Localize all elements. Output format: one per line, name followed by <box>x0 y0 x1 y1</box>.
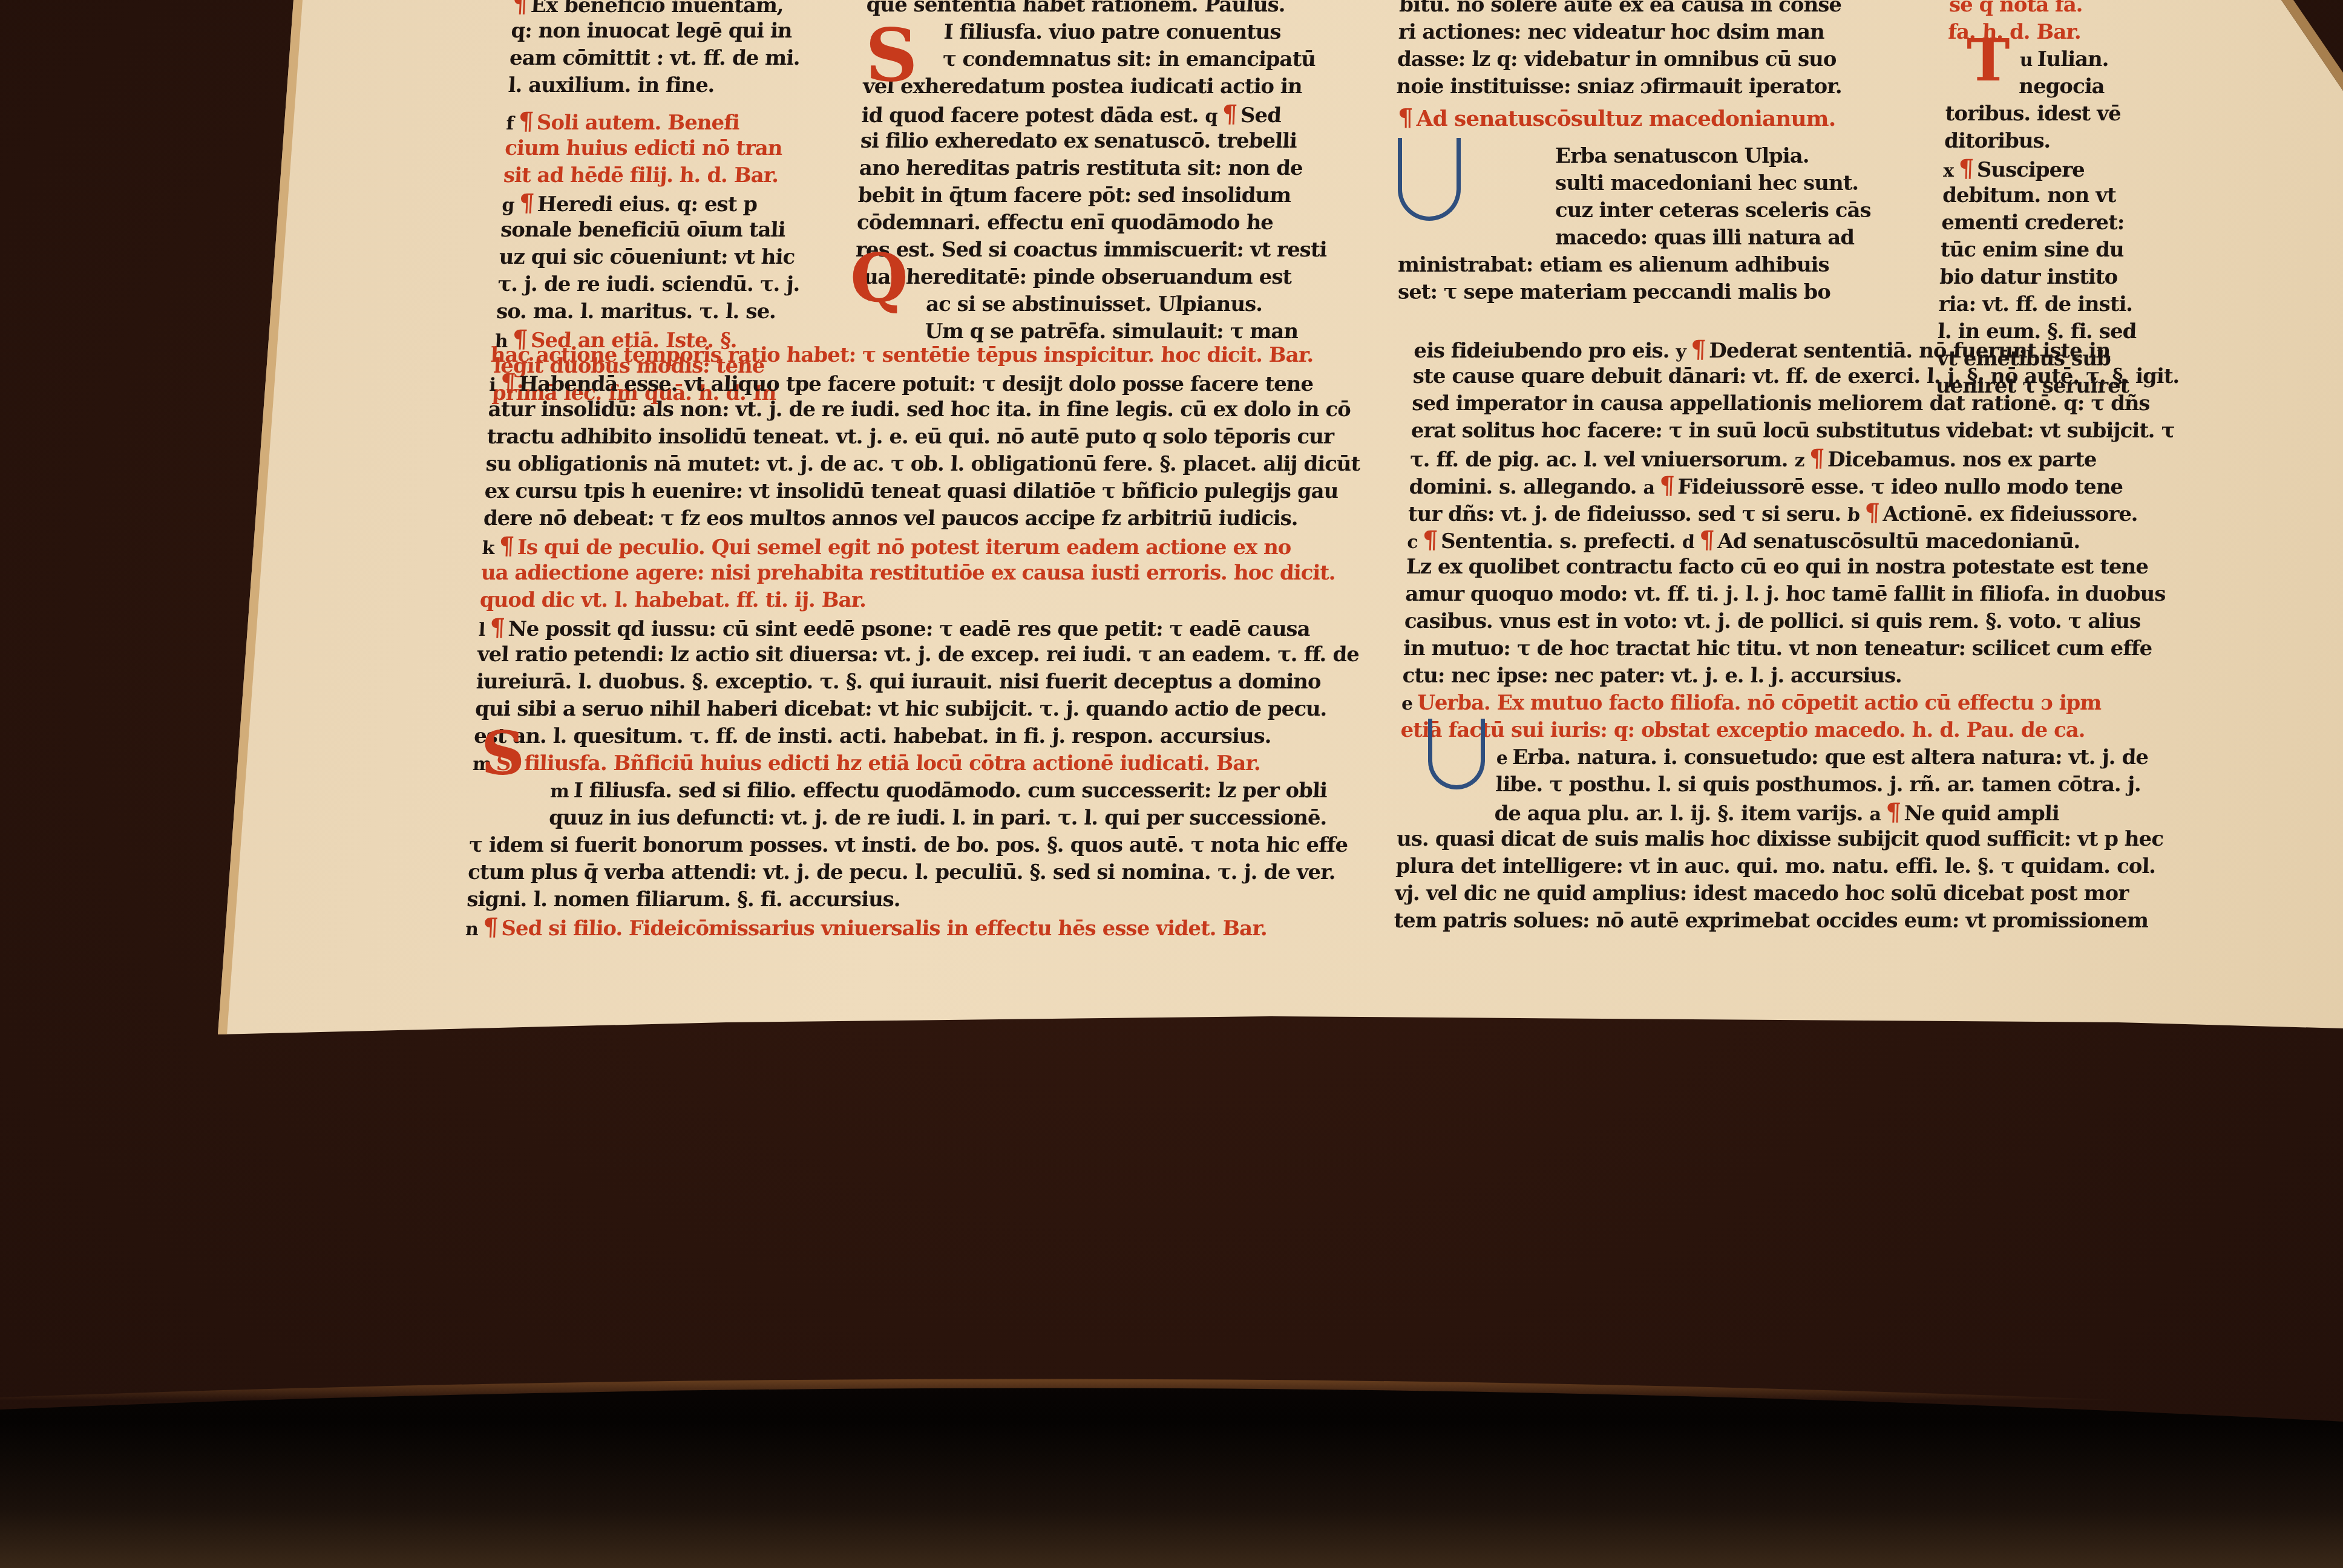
text-line: macedo: quas illi natura ad <box>1555 224 1871 252</box>
text-line: tur dñs: vt. j. de fideiusso. sed τ si s… <box>1407 499 2175 526</box>
inline-citation: Ad senatuscōsultū macedonianū. <box>1717 529 2081 554</box>
gloss-text: Suscipere <box>1976 158 2085 182</box>
text-line: vel exheredatum postea iudicati actio in <box>862 73 1334 100</box>
rubric-text: Soli autem. Benefi <box>536 111 740 135</box>
gloss-text: plura det intelligere: vt in auc. qui. m… <box>1395 854 2156 878</box>
gloss-text: ministrabat: etiam es alienum adhibuis <box>1398 253 1829 277</box>
text-line: eam cōmittit : vt. ff. de mi. <box>509 45 812 72</box>
text-line: res est. Sed si coactus immiscuerit: vt … <box>855 237 1327 264</box>
paragraph-mark-icon: ¶ <box>512 0 528 18</box>
gloss-text: dere nō debeat: τ fz eos multos annos ve… <box>483 506 1299 531</box>
rubric-text: cium huius edicti nō tran <box>504 136 782 160</box>
gloss-reference-letter: y <box>1676 341 1686 362</box>
text-line: bitu. nō solere autē ex ea causa in cons… <box>1399 0 1846 19</box>
text-line: noie instituisse: sniaz ɔfirmauit iperat… <box>1396 73 1843 100</box>
gloss-text: τ idem si fuerit bonorum posses. vt inst… <box>468 833 1348 857</box>
gloss-text: ria: vt. ff. de insti. <box>1938 292 2133 316</box>
text-line: signi. l. nomen filiarum. §. fi. accursi… <box>466 886 1349 913</box>
gloss-text: τ. ff. de pig. ac. l. vel vniuersorum. <box>1409 448 1788 472</box>
rubric-text: Uerba. Ex mutuo facto filiofa. nō cōpeti… <box>1417 691 2102 715</box>
gloss-text: bebit in q̄tum facere pōt: sed insolidum <box>857 183 1291 207</box>
paragraph-mark-icon: ¶ <box>499 532 515 560</box>
initial-Q-red: Q <box>850 245 908 312</box>
paragraph-mark-icon: ¶ <box>1864 498 1879 527</box>
text-line: I filiusfa. viuo patre conuentus <box>865 19 1337 46</box>
gloss-text: signi. l. nomen filiarum. §. fi. accursi… <box>466 887 900 912</box>
gloss-text: ri actiones: nec videatur hoc dsim man <box>1398 20 1824 44</box>
inline-citation: Ne quid ampli <box>1904 802 2060 826</box>
gloss-text: vel exheredatum postea iudicati actio in <box>862 74 1303 99</box>
gloss-text: Um q se patrēfa. simulauit: τ man <box>924 319 1299 344</box>
text-line: ctum plus q̄ verba attendi: vt. j. de pe… <box>467 859 1350 886</box>
text-line: qui sibi a seruo nihil haberi dicebat: v… <box>474 696 1357 723</box>
text-line: vel ratio petendi: lz actio sit diuersa:… <box>477 641 1360 668</box>
text-line: cuz inter ceteras sceleris cās <box>1555 197 1871 224</box>
gloss-reference-letter: e <box>1496 748 1507 769</box>
inline-citation: Paulus. <box>1204 0 1286 17</box>
gloss-text: bitu. nō solere autē ex ea causa in cons… <box>1399 0 1842 17</box>
gloss-text: est an. l. quesitum. τ. ff. de insti. ac… <box>473 724 1271 748</box>
paragraph-mark-icon: ¶ <box>517 107 534 136</box>
text-line: erat solitus hoc facere: τ in suū locū s… <box>1411 417 2178 445</box>
gloss-text: vj. vel dic ne quid amplius: idest maced… <box>1394 881 2129 906</box>
gloss-text: us. quasi dicat de suis malis hoc dixiss… <box>1397 827 2164 851</box>
inline-citation: Dederat sententiā. nō fuerunt iste in <box>1709 339 2111 363</box>
text-line: casibus. vnus est in voto: vt. j. de pol… <box>1404 608 2171 635</box>
gloss-text: vel ratio petendi: lz actio sit diuersa:… <box>477 642 1360 667</box>
text-line: id quod facere potest dāda est. q¶Sed <box>861 100 1333 128</box>
gloss-text: bio datur instito <box>1939 265 2118 289</box>
gloss-text: id quod facere potest dāda est. <box>861 103 1199 128</box>
text-line: n¶Sed si filio. Fideicōmissarius vniuers… <box>465 913 1348 941</box>
text-line: mSi filiusfa. Bñficiū huius edicti hz et… <box>472 750 1355 777</box>
gloss-reference-letter: g <box>502 195 515 216</box>
gloss-text: ex cursu tpis h euenire: vt insolidū ten… <box>484 479 1339 503</box>
text-line: in mutuo: τ de hoc tractat hic titu. vt … <box>1403 635 2170 662</box>
text-line: etiā factū sui iuris: q: obstat exceptio… <box>1400 717 2168 744</box>
text-line: de aqua plu. ar. l. ij. §. item varijs. … <box>1397 799 2164 826</box>
gloss-text: Lz ex quolibet contractu facto cū eo qui… <box>1406 555 2148 579</box>
text-line: ste cause quare debuit dānari: vt. ff. d… <box>1412 363 2180 390</box>
gloss-text: in mutuo: τ de hoc tractat hic titu. vt … <box>1403 636 2152 661</box>
text-line: c¶Sententia. s. prefecti. d¶Ad senatuscō… <box>1407 526 2174 554</box>
rubric-text: ua adiectione agere: nisi prehabita rest… <box>480 561 1336 585</box>
gloss-text: quuz in ius defuncti: vt. j. de re iudi.… <box>548 806 1327 830</box>
paragraph-mark-icon: ¶ <box>1699 526 1714 554</box>
gloss-text: tur dñs: vt. j. de fideiusso. sed τ si s… <box>1407 502 1841 526</box>
text-line: mI filiusfa. sed si filio. effectu quodā… <box>471 777 1354 805</box>
gloss-text: ste cause quare debuit dānari: vt. ff. d… <box>1412 364 2180 388</box>
text-line: ua adiectione agere: nisi prehabita rest… <box>480 560 1363 587</box>
paragraph-mark-icon: ¶ <box>1659 471 1674 500</box>
initial-S-red-lower: S <box>481 723 525 783</box>
right-lower-gloss-block: eis fideiubendo pro eis. y¶Dederat sente… <box>1394 336 2181 935</box>
inline-citation: Sed <box>1240 103 1282 128</box>
text-line: i¶Habendā esse. vt aliquo tpe facere pot… <box>489 369 1372 396</box>
gloss-reference-letter: i <box>489 374 496 396</box>
text-line: ¶Ex beneficio inuentam, <box>512 0 815 18</box>
text-line: sulti macedoniani hec sunt. <box>1555 170 1871 197</box>
text-line: quuz in ius defuncti: vt. j. de re iudi.… <box>470 805 1352 832</box>
text-line: f¶Soli autem. Benefi <box>506 108 809 135</box>
text-line: ria: vt. ff. de insti. <box>1938 291 2138 318</box>
gloss-text: de aqua plu. ar. l. ij. §. item varijs. <box>1494 802 1864 826</box>
section-heading-macedonianum: ¶Ad senatuscōsultuz macedonianum. <box>1398 104 1835 132</box>
gloss-reference-letter: a <box>1643 477 1655 498</box>
text-line: plura det intelligere: vt in auc. qui. m… <box>1395 853 2163 880</box>
gloss-text: tūc enim sine du <box>1940 238 2124 262</box>
gloss-text: erat solitus hoc facere: τ in suū locū s… <box>1411 419 2175 443</box>
paragraph-mark-icon: ¶ <box>489 613 505 642</box>
gloss-reference-letter: d <box>1682 532 1694 553</box>
text-line: cium huius edicti nō tran <box>504 135 807 162</box>
rubric-text: hac actione temporis ratio habet: τ sent… <box>490 343 1314 367</box>
text-line: τ condemnatus sit: in emancipatū <box>863 46 1335 73</box>
text-line: sit ad hēdē filij. h. d. Bar. <box>503 162 806 189</box>
text-line: set: τ sepe materiam peccandi malis bo <box>1398 279 1871 306</box>
inline-citation: Fideiussorē esse. τ ideo nullo modo tene <box>1677 475 2123 499</box>
right-main-text-column: bitu. nō solere autē ex ea causa in cons… <box>1396 0 1846 100</box>
text-line: ementi crederet: <box>1941 209 2141 237</box>
paragraph-mark-icon: ¶ <box>1222 100 1238 128</box>
text-line: q: non inuocat legē qui in <box>510 18 813 45</box>
text-line: ri actiones: nec videatur hoc dsim man <box>1398 19 1844 46</box>
rubric-text: etiā factū sui iuris: q: obstat exceptio… <box>1400 718 2086 742</box>
gloss-reference-letter: q <box>1205 106 1218 127</box>
gloss-text: sonale beneficiū oīum tali <box>500 218 785 242</box>
paragraph-mark-icon: ¶ <box>1809 444 1824 472</box>
paragraph-mark-icon: ¶ <box>1958 154 1974 183</box>
text-line: tem patris solues: nō autē exprimebat oc… <box>1394 907 2161 935</box>
gloss-text: qui sibi a seruo nihil haberi dicebat: v… <box>474 697 1327 721</box>
gloss-text: I filiusfa. viuo patre conuentus <box>943 20 1282 44</box>
gloss-reference-letter: c <box>1407 532 1418 553</box>
gloss-text: Ne possit qd iussu: cū sint eedē psone: … <box>508 617 1311 641</box>
text-line: Lz ex quolibet contractu facto cū eo qui… <box>1406 554 2173 581</box>
gloss-text: cuz inter ceteras sceleris cās <box>1555 198 1871 223</box>
text-line: tūc enim sine du <box>1940 237 2140 264</box>
text-line: dasse: lz q: videbatur in omnibus cū suo <box>1397 46 1843 73</box>
rubric-text: se q̄ nota fa. <box>1948 0 2083 17</box>
paragraph-mark-icon: ¶ <box>1690 335 1706 364</box>
paragraph-mark-icon: ¶ <box>1885 798 1901 826</box>
gloss-text: sulti macedoniani hec sunt. <box>1555 171 1858 195</box>
gloss-text: eam cōmittit : vt. ff. de mi. <box>509 46 801 70</box>
gloss-text: ementi crederet: <box>1941 211 2125 235</box>
text-line: bio datur instito <box>1939 264 2139 291</box>
rubric-text: Is qui de peculio. Qui semel egit nō pot… <box>517 535 1291 560</box>
gloss-text: toribus. idest vē <box>1945 102 2121 126</box>
text-line: eUerba. Ex mutuo facto filiofa. nō cōpet… <box>1401 690 2168 717</box>
text-line: cōdemnari. effectu enī quodāmodo he <box>856 209 1328 237</box>
gloss-text: Erba. natura. i. consuetudo: que est alt… <box>1512 745 2148 769</box>
text-line: so. ma. l. maritus. τ. l. se. <box>496 298 799 325</box>
gloss-text: noie instituisse: sniaz ɔfirmauit iperat… <box>1396 74 1843 99</box>
gloss-text: set: τ sepe materiam peccandi malis bo <box>1398 280 1830 304</box>
gloss-reference-letter: l <box>478 619 485 641</box>
paragraph-mark-icon: ¶ <box>518 189 534 217</box>
gloss-text: so. ma. l. maritus. τ. l. se. <box>496 299 776 324</box>
paragraph-mark-icon: ¶ <box>482 913 499 941</box>
text-line: ministrabat: etiam es alienum adhibuis <box>1398 252 1871 279</box>
gloss-text: uz qui sic cōueniunt: vt hic <box>499 245 795 269</box>
gloss-reference-letter: k <box>482 538 494 559</box>
text-line: ditoribus. <box>1944 128 2143 155</box>
rubric-text: sit ad hēdē filij. h. d. Bar. <box>503 163 779 188</box>
gloss-text: ctum plus q̄ verba attendi: vt. j. de pe… <box>467 860 1335 884</box>
text-line: x¶Suscipere <box>1943 155 2143 182</box>
text-line: τ idem si fuerit bonorum posses. vt inst… <box>468 832 1351 859</box>
text-line: tractu adhibito insolidū teneat. vt. j. … <box>487 423 1369 451</box>
inline-citation: Actionē. ex fideiussore. <box>1883 502 2138 526</box>
gloss-text: Heredi eius. q: est p <box>537 192 758 217</box>
gloss-text: macedo: quas illi natura ad <box>1555 226 1854 250</box>
gloss-text: ano hereditas patris restituta sit: non … <box>859 156 1303 180</box>
gloss-text: si filio exheredato ex senatuscō. trebel… <box>860 129 1297 153</box>
gloss-text: q: non inuocat legē qui in <box>510 19 792 43</box>
gloss-reference-letter: a <box>1869 804 1881 825</box>
text-line: hac actione temporis ratio habet: τ sent… <box>490 342 1373 369</box>
text-line: l¶Ne possit qd iussu: cū sint eedē psone… <box>478 614 1361 641</box>
inline-citation: Dicebamus. nos ex parte <box>1827 448 2097 472</box>
gloss-text: tractu adhibito insolidū teneat. vt. j. … <box>487 425 1334 449</box>
text-line: amur quoquo modo: vt. ff. ti. j. l. j. h… <box>1405 581 2172 608</box>
gloss-text: Habendā esse. vt aliquo tpe facere potui… <box>519 372 1314 396</box>
gloss-text: Sententia. s. prefecti. <box>1440 529 1676 554</box>
text-line: si filio exheredato ex senatuscō. trebel… <box>860 128 1332 155</box>
gloss-reference-letter: e <box>1401 693 1412 714</box>
gloss-text: tem patris solues: nō autē exprimebat oc… <box>1394 909 2149 933</box>
gloss-text: cōdemnari. effectu enī quodāmodo he <box>856 211 1274 235</box>
text-line: τ. j. de re iudi. sciendū. τ. j. <box>497 271 800 298</box>
gloss-reference-letter: x <box>1943 160 1954 181</box>
text-line: ex cursu tpis h euenire: vt insolidū ten… <box>484 478 1367 505</box>
gloss-text: tuat hereditatē: pinde obseruandum est <box>854 265 1292 289</box>
gloss-reference-letter: z <box>1794 450 1804 471</box>
initial-S-red: S <box>865 19 918 92</box>
gloss-text: iureiurā. l. duobus. §. exceptio. τ. §. … <box>476 670 1321 694</box>
text-line: τ. ff. de pig. ac. l. vel vniuersorum. z… <box>1409 445 2177 472</box>
text-line: est an. l. quesitum. τ. ff. de insti. ac… <box>473 723 1356 750</box>
inline-citation: Ulpianus. <box>1158 292 1263 316</box>
gloss-text: τ condemnatus sit: in emancipatū <box>942 47 1316 71</box>
gloss-text: ctu: nec ipse: nec pater: vt. j. e. l. j… <box>1402 664 1902 688</box>
gloss-text: amur quoquo modo: vt. ff. ti. j. l. j. h… <box>1405 582 2166 606</box>
rubric-text: quod dic vt. l. habebat. ff. ti. ij. Bar… <box>479 588 867 612</box>
gloss-text: casibus. vnus est in voto: vt. j. de pol… <box>1404 609 2141 633</box>
text-line: que sententia habet rationem. Paulus. <box>866 0 1338 19</box>
inline-citation: Ulpia. <box>1745 144 1809 168</box>
paragraph-mark-icon: ¶ <box>500 368 516 397</box>
text-line: g¶Heredi eius. q: est p <box>501 189 804 217</box>
text-line: sonale beneficiū oīum tali <box>500 217 803 244</box>
gloss-text: Ex beneficio inuentam, <box>530 0 784 18</box>
gloss-text: Erba senatuscon <box>1555 144 1738 168</box>
gloss-reference-letter: m <box>549 781 569 802</box>
text-line: atur insolidū: als non: vt. j. de re iud… <box>488 396 1371 423</box>
text-line: tuat hereditatē: pinde obseruandum est <box>854 264 1326 291</box>
text-line: ctu: nec ipse: nec pater: vt. j. e. l. j… <box>1402 662 2169 690</box>
text-line: toribus. idest vē <box>1945 100 2145 128</box>
left-lower-gloss-block: hac actione temporis ratio habet: τ sent… <box>465 342 1372 941</box>
text-line: quod dic vt. l. habebat. ff. ti. ij. Bar… <box>479 587 1362 614</box>
text-line: su obligationis nā mutet: vt. j. de ac. … <box>485 451 1368 478</box>
heading-text: Ad senatuscōsultuz macedonianum. <box>1416 106 1835 131</box>
initial-V-blue <box>1398 138 1461 221</box>
gloss-text: eis fideiubendo pro eis. <box>1414 339 1670 363</box>
text-line: l. auxilium. in fine. <box>508 72 811 99</box>
text-line: eis fideiubendo pro eis. y¶Dederat sente… <box>1414 336 2181 363</box>
text-line: eErba. natura. i. consuetudo: que est al… <box>1399 744 2166 771</box>
gloss-text: res est. Sed si coactus immiscuerit: vt … <box>855 238 1327 262</box>
text-line: bebit in q̄tum facere pōt: sed insolidum <box>857 182 1329 209</box>
text-line: sed imperator in causa appellationis mel… <box>1412 390 2179 417</box>
gloss-text: negocia <box>2019 74 2105 99</box>
text-line: debitum. non vt <box>1942 182 2141 209</box>
text-line: iureiurā. l. duobus. §. exceptio. τ. §. … <box>476 668 1358 696</box>
paragraph-mark-icon: ¶ <box>1422 526 1438 554</box>
initial-T-red: T <box>1967 31 2010 90</box>
gloss-text: sed imperator in causa appellationis mel… <box>1412 391 2151 416</box>
text-line: vj. vel dic ne quid amplius: idest maced… <box>1394 880 2161 907</box>
rubric-text: Si filiusfa. Bñficiū huius edicti hz eti… <box>496 751 1261 776</box>
text-line: se q̄ nota fa. <box>1948 0 2148 19</box>
rubric-text: Sed si filio. Fideicōmissarius vniuersal… <box>501 916 1268 941</box>
gloss-reference-letter: f <box>506 113 514 134</box>
text-line: us. quasi dicat de suis malis hoc dixiss… <box>1396 826 2163 853</box>
text-line: Erba senatuscon Ulpia. <box>1555 143 1871 170</box>
verba-senatusconsulti-block: Erba senatuscon Ulpia.sulti macedoniani … <box>1555 143 1871 306</box>
gloss-text: su obligationis nā mutet: vt. j. de ac. … <box>485 452 1360 476</box>
gloss-text: l. auxilium. in fine. <box>508 73 715 97</box>
text-line: ano hereditas patris restituta sit: non … <box>859 155 1331 182</box>
gloss-text: ditoribus. <box>1944 129 2051 153</box>
text-line: ac si se abstinuisset. Ulpianus. <box>853 291 1325 318</box>
paragraph-mark-icon: ¶ <box>1398 103 1412 132</box>
gloss-text: dasse: lz q: videbatur in omnibus cū suo <box>1397 47 1837 71</box>
gloss-text: Iulian. <box>2037 47 2109 71</box>
gloss-text: domini. s. allegando. <box>1409 475 1637 499</box>
gloss-reference-letter: u <box>2019 50 2033 71</box>
gloss-text: ac si se abstinuisset. <box>925 292 1152 316</box>
initial-V-blue-lower <box>1428 719 1485 789</box>
text-line: uz qui sic cōueniunt: vt hic <box>499 244 802 271</box>
text-line: k¶Is qui de peculio. Qui semel egit nō p… <box>482 532 1365 560</box>
gloss-text: debitum. non vt <box>1942 183 2116 207</box>
gloss-text: atur insolidū: als non: vt. j. de re iud… <box>488 397 1351 422</box>
gloss-text: libe. τ posthu. l. si quis posthumos. j.… <box>1495 773 2141 797</box>
gloss-reference-letter: b <box>1847 505 1860 526</box>
text-line: domini. s. allegando. a¶Fideiussorē esse… <box>1409 472 2176 499</box>
center-main-text-column: que sententia habet rationem. Paulus.I f… <box>851 0 1338 345</box>
gloss-reference-letter: n <box>465 919 478 940</box>
gloss-text: I filiusfa. sed si filio. effectu quodām… <box>573 779 1328 803</box>
text-line: dere nō debeat: τ fz eos multos annos ve… <box>483 505 1366 532</box>
gloss-text: τ. j. de re iudi. sciendū. τ. j. <box>497 272 801 296</box>
text-line: libe. τ posthu. l. si quis posthumos. j.… <box>1398 771 2166 799</box>
